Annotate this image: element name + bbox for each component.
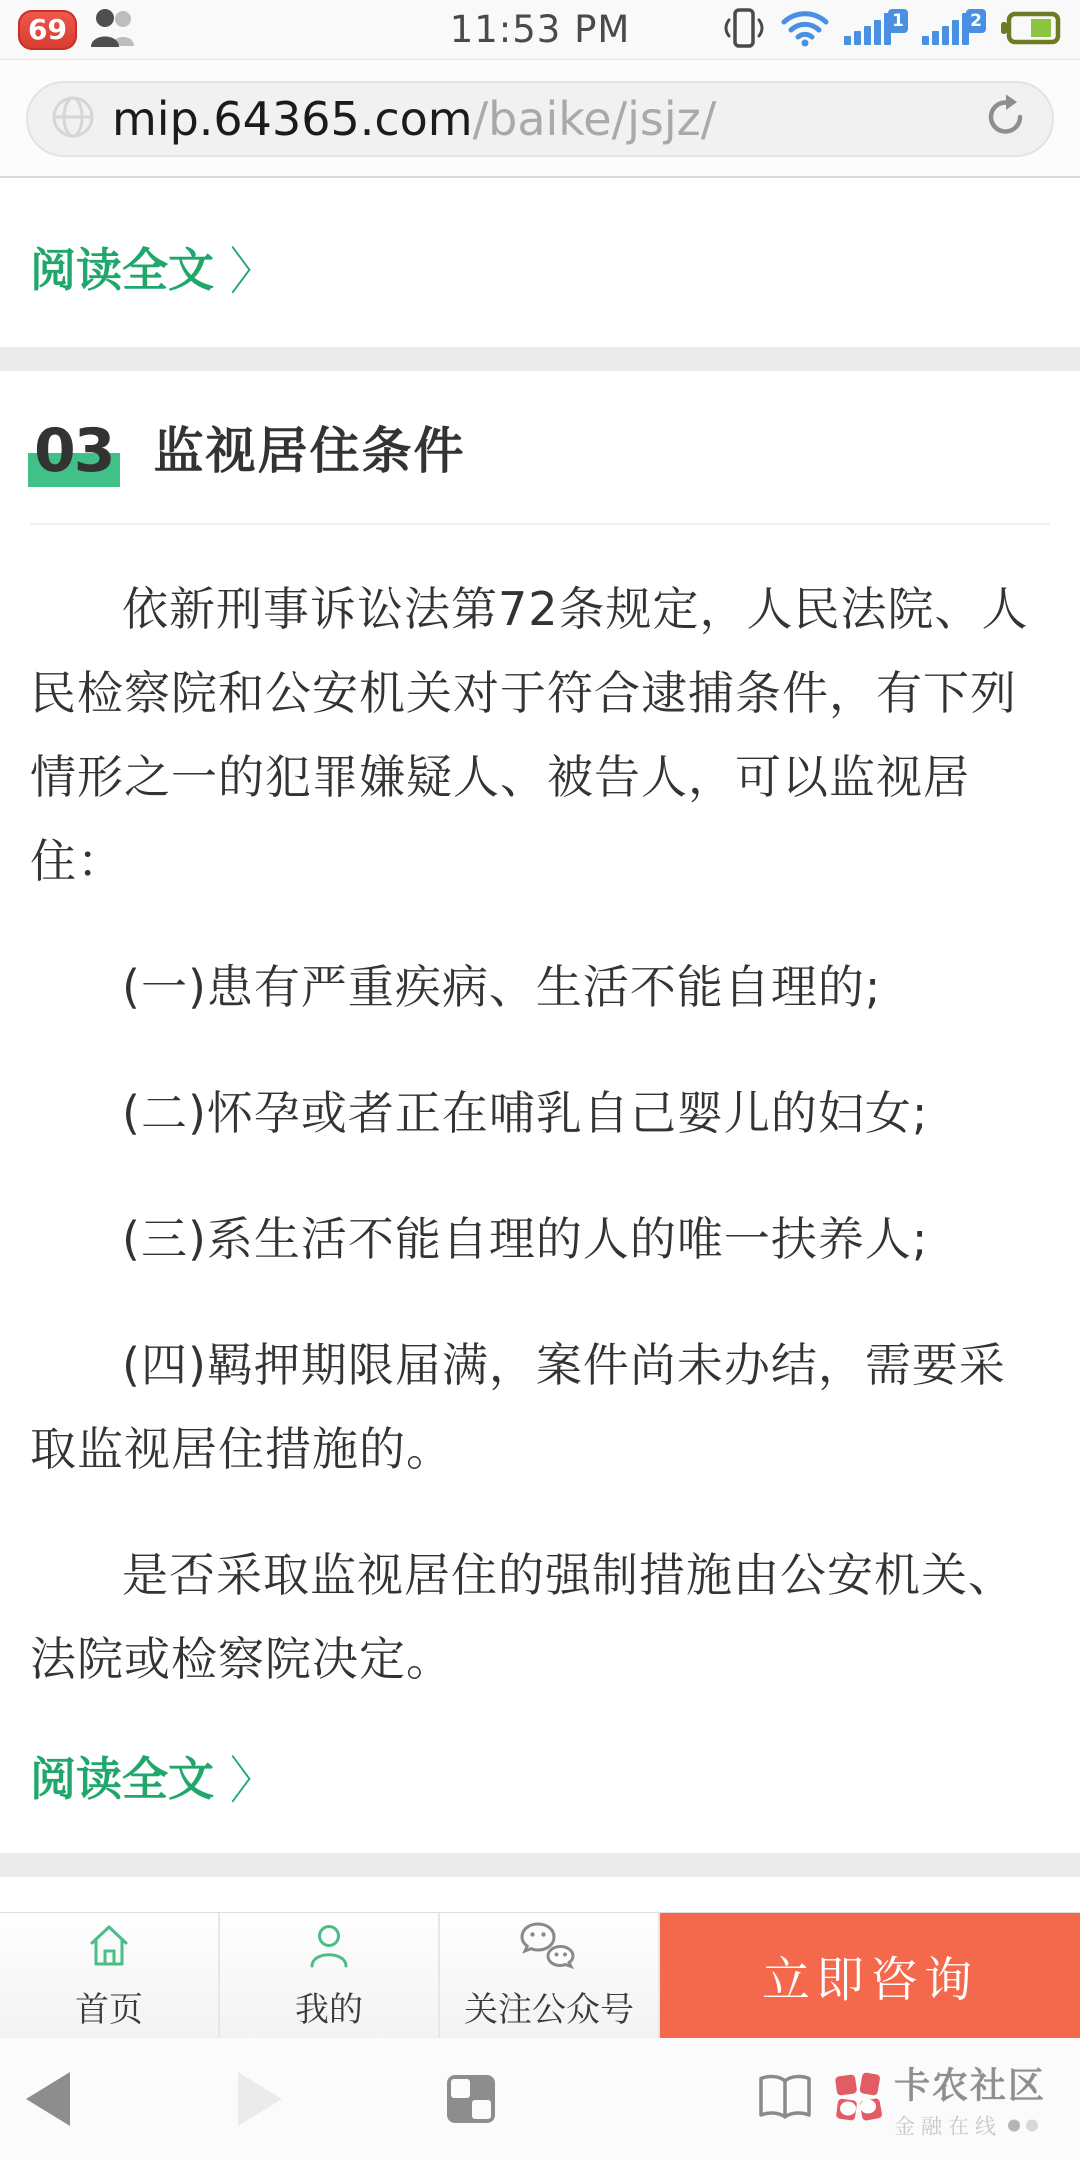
section-03-body: 依新刑事诉讼法第72条规定，人民法院、人民检察院和公安机关对于符合逮捕条件，有下… (30, 567, 1050, 1701)
refresh-icon[interactable] (982, 93, 1030, 145)
url-path: /baike/jsjz/ (473, 92, 717, 146)
watermark-dot (1026, 2120, 1038, 2132)
browser-bottom-bar: 卡农社区 金融在线 (0, 2038, 1080, 2160)
nav-item-home[interactable]: 首页 (0, 1913, 220, 2038)
page-content: 阅读全文 〉 03 监视居住条件 依新刑事诉讼法第72条规定，人民法院、人民检察… (0, 180, 1080, 1912)
address-bar[interactable]: mip.64365.com/baike/jsjz/ (26, 81, 1054, 157)
section-03-number: 03 (30, 423, 118, 479)
watermark-subtitle-text: 金融在线 (894, 2111, 1002, 2141)
section-03-heading: 03 监视居住条件 (30, 423, 1050, 479)
sim2-number: 2 (966, 9, 986, 33)
list-item-3: (三)系生活不能自理的人的唯一扶养人; (30, 1197, 1050, 1281)
section-previous-tail: 阅读全文 〉 (0, 180, 1080, 347)
kanong-watermark: 卡农社区 金融在线 (832, 2058, 1046, 2141)
read-more-label: 阅读全文 (30, 234, 214, 300)
list-item-1: (一)患有严重疾病、生活不能自理的; (30, 945, 1050, 1029)
url-host: mip.64365.com (112, 92, 473, 146)
user-icon (304, 1920, 354, 1974)
watermark-subtitle: 金融在线 (894, 2111, 1046, 2141)
heading-divider (30, 523, 1050, 525)
tabs-icon[interactable] (447, 2075, 495, 2123)
battery-icon (1000, 10, 1062, 50)
list-item-2: (二)怀孕或者正在哺乳自己婴儿的妇女; (30, 1071, 1050, 1155)
forward-button[interactable] (238, 2072, 282, 2126)
globe-icon (50, 94, 96, 144)
watermark-title: 卡农社区 (894, 2058, 1046, 2109)
paragraph-closing: 是否采取监视居住的强制措施由公安机关、法院或检察院决定。 (30, 1533, 1050, 1701)
nav-item-mine[interactable]: 我的 (220, 1913, 440, 2038)
nav-home-label: 首页 (75, 1982, 143, 2031)
back-button[interactable] (26, 2072, 70, 2126)
url-text: mip.64365.com/baike/jsjz/ (112, 92, 966, 146)
bookmarks-icon[interactable] (754, 2072, 816, 2126)
home-icon (84, 1920, 134, 1974)
nav-mine-label: 我的 (295, 1982, 363, 2031)
sim1-number: 1 (888, 9, 908, 33)
nav-follow-label: 关注公众号 (464, 1982, 634, 2031)
read-full-text-link-section03[interactable]: 阅读全文 〉 (30, 1743, 274, 1809)
wechat-icon (518, 1920, 580, 1974)
kanong-logo-icon (832, 2070, 886, 2128)
status-right: 1 2 (722, 5, 1062, 55)
vibrate-icon (722, 5, 766, 55)
paragraph-intro: 依新刑事诉讼法第72条规定，人民法院、人民检察院和公安机关对于符合逮捕条件，有下… (30, 567, 1050, 903)
nav-item-follow-wechat[interactable]: 关注公众号 (440, 1913, 660, 2038)
list-item-4: (四)羁押期限届满，案件尚未办结，需要采取监视居住措施的。 (30, 1323, 1050, 1491)
phone-screen: 69 11:53 PM (0, 0, 1080, 2160)
chevron-right-icon: 〉 (230, 1739, 274, 1813)
read-more-label: 阅读全文 (30, 1743, 214, 1809)
section-03-title: 监视居住条件 (154, 423, 466, 479)
wifi-icon (780, 8, 830, 52)
read-full-text-link-top[interactable]: 阅读全文 〉 (30, 234, 274, 300)
consult-now-button[interactable]: 立即咨询 (660, 1913, 1080, 2038)
section-04: 04 监视居住地点 (0, 1877, 1080, 1912)
browser-chrome: mip.64365.com/baike/jsjz/ (0, 61, 1080, 178)
section-03: 03 监视居住条件 依新刑事诉讼法第72条规定，人民法院、人民检察院和公安机关对… (0, 371, 1080, 1853)
signal-sim1-icon: 1 (844, 9, 908, 51)
status-bar: 69 11:53 PM (0, 0, 1080, 60)
signal-sim2-icon: 2 (922, 9, 986, 51)
watermark-dot (1008, 2120, 1020, 2132)
app-bottom-nav: 首页 我的 关注公众号 (0, 1912, 1080, 2038)
watermark-text: 卡农社区 金融在线 (894, 2058, 1046, 2141)
chevron-right-icon: 〉 (230, 230, 274, 304)
